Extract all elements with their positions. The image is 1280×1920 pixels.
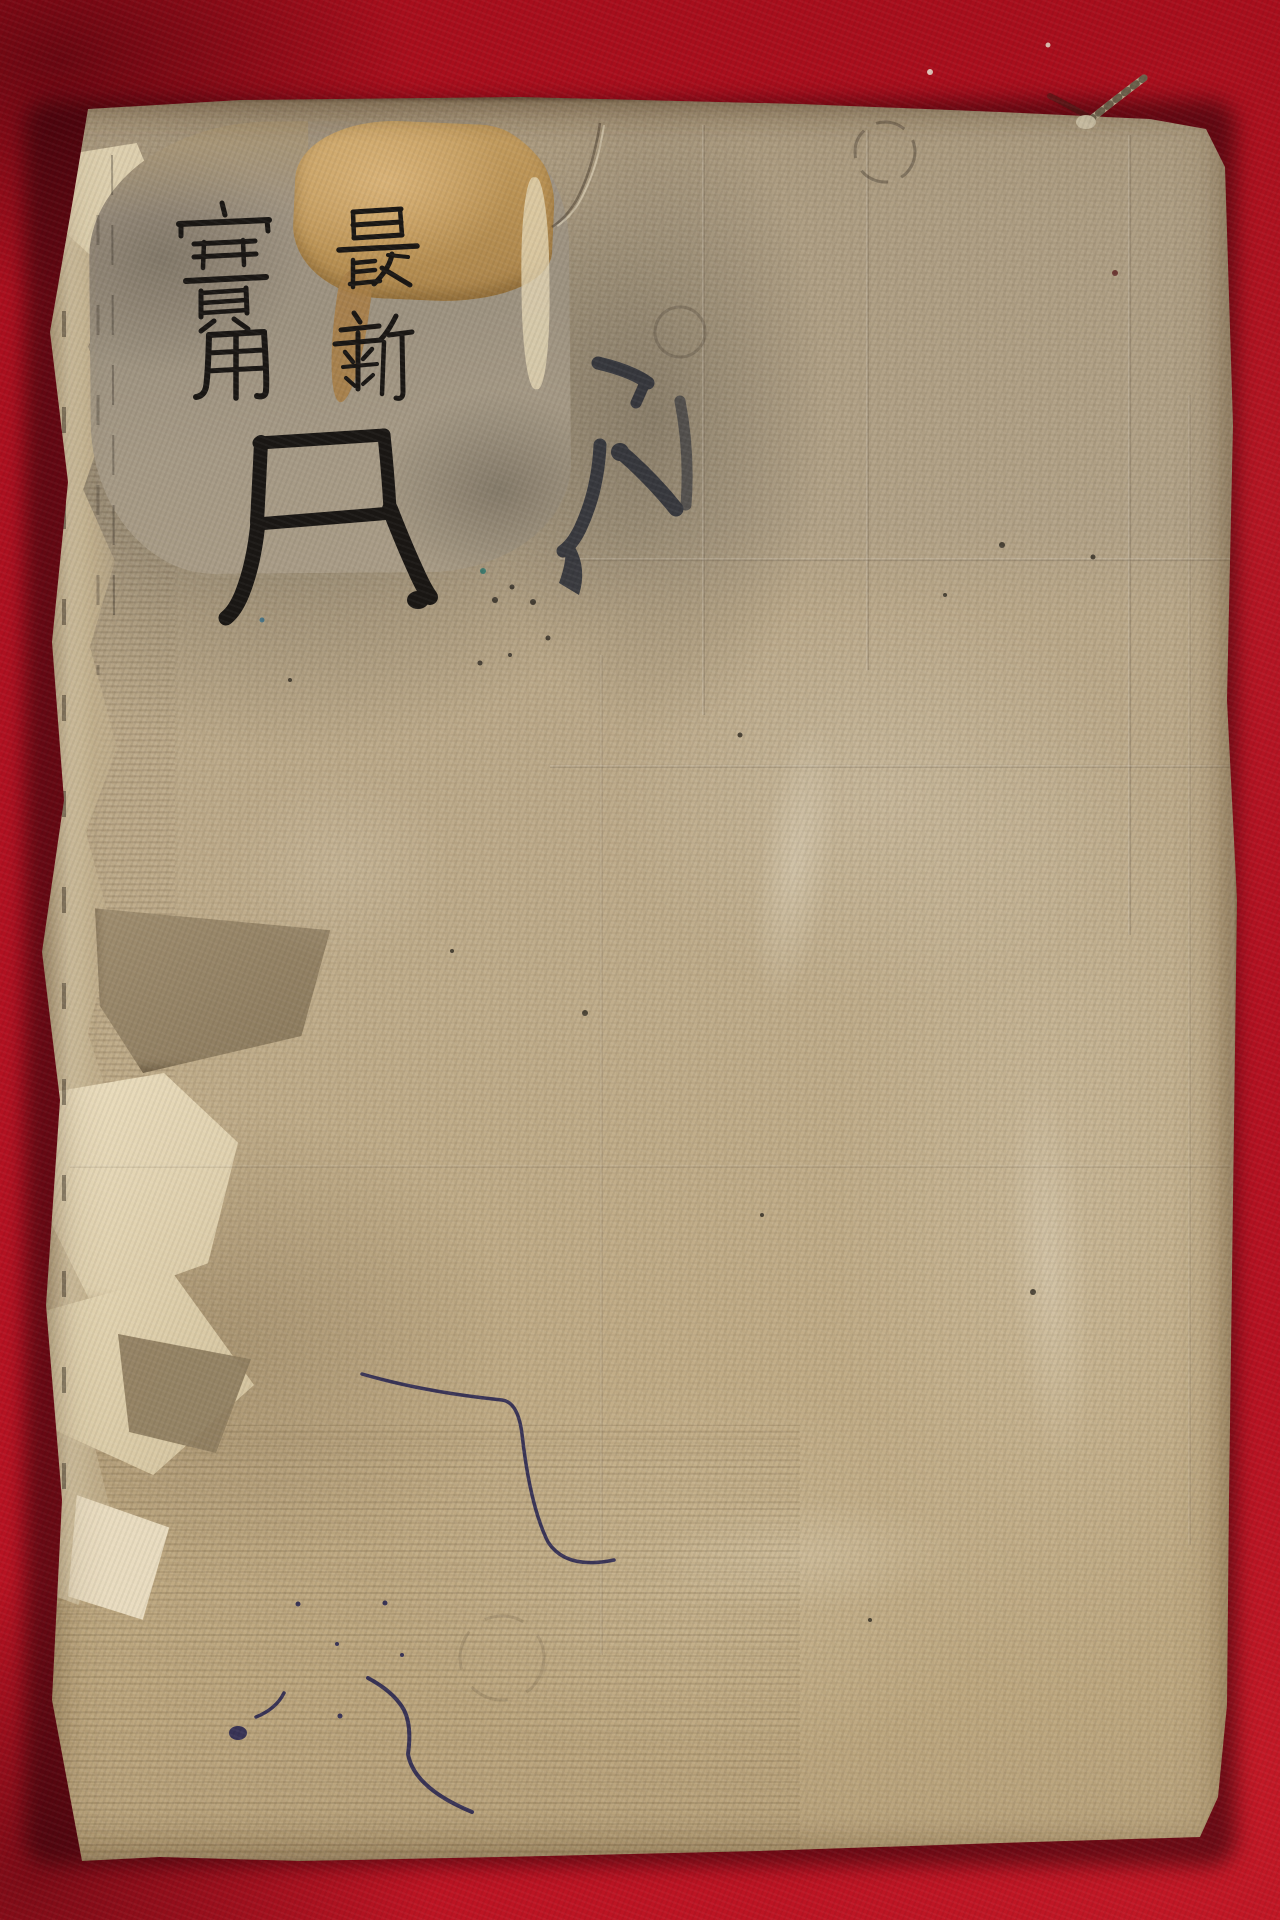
photo-scene: 最新 實用 尺 xyxy=(0,0,1280,1920)
book-cover: 最新 實用 尺 xyxy=(40,95,1240,1870)
lint-specks xyxy=(927,43,1051,76)
tear-line xyxy=(552,123,604,227)
title-ink xyxy=(179,203,551,666)
under-label-character-fragment xyxy=(559,363,687,595)
char-chi-large-glyph xyxy=(226,435,430,618)
char-xin-glyph xyxy=(335,313,412,398)
teal-specks xyxy=(260,568,487,623)
char-yong-glyph xyxy=(196,332,266,398)
char-zui-glyph xyxy=(339,209,417,287)
pen-scribbles xyxy=(229,1374,614,1812)
stamp-rings xyxy=(460,122,915,1700)
ink-trail-specks xyxy=(478,585,551,666)
char-shi-glyph xyxy=(179,203,269,331)
ink-artwork-layer xyxy=(40,95,1240,1870)
print-dash-marks xyxy=(64,155,114,1515)
ink-specks xyxy=(288,270,1118,1622)
